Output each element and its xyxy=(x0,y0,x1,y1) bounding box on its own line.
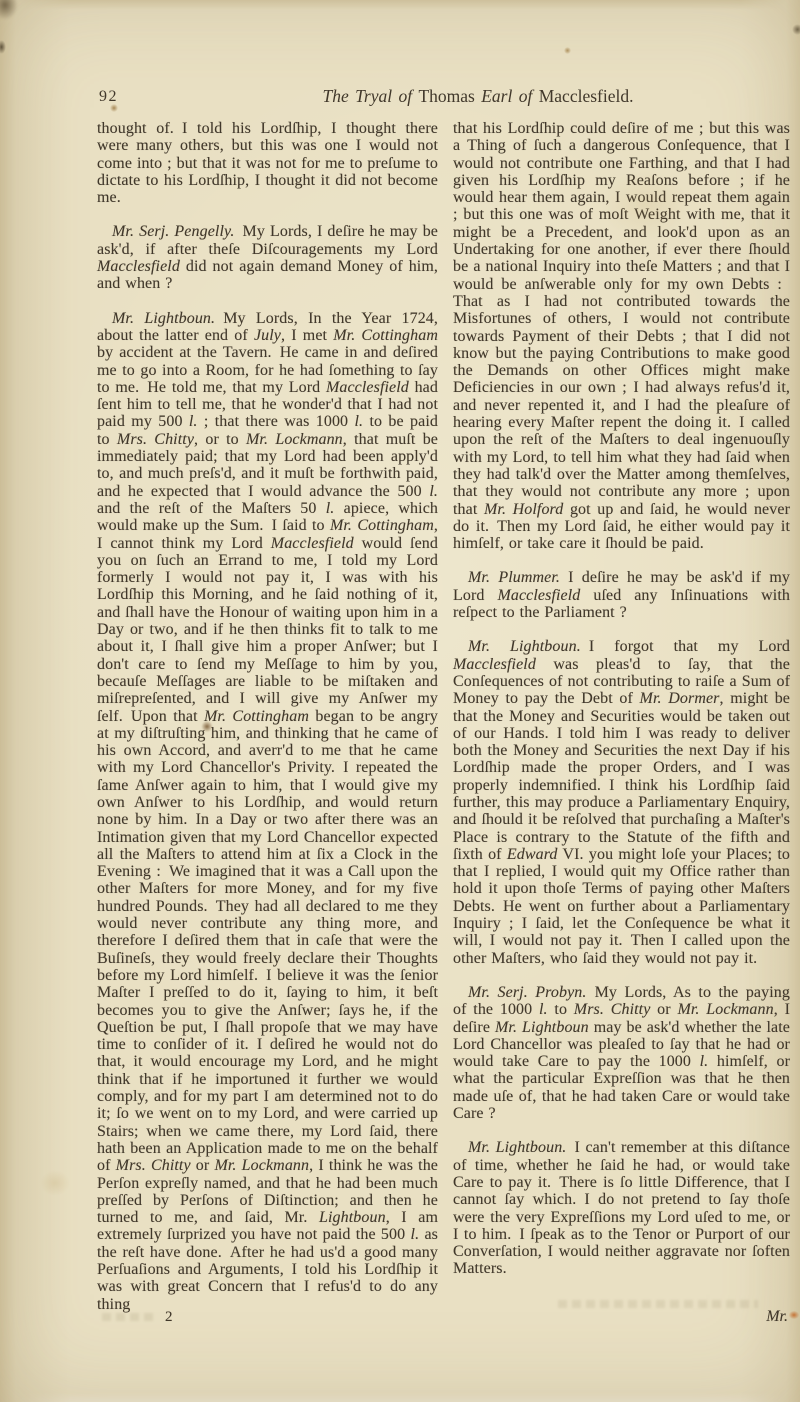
paragraph: Mr. Plummer. I deſire he may be ask'd if… xyxy=(453,569,790,621)
paragraph: that his Lordſhip could deſire of me ; b… xyxy=(453,120,790,552)
paragraph: Mr. Lightboun. My Lords, In the Year 172… xyxy=(97,310,438,1313)
paragraph: Mr. Lightboun. I forgot that my Lord Mac… xyxy=(453,638,790,967)
paper-stain xyxy=(789,1311,799,1319)
paragraph: thought of. I told his Lordſhip, I thoug… xyxy=(97,120,438,206)
page-number: 92 xyxy=(99,88,118,106)
paragraph: Mr. Serj. Pengelly. My Lords, I deſire h… xyxy=(97,223,438,292)
paper-stain xyxy=(0,0,18,20)
paragraph: Mr. Serj. Probyn. My Lords, As to the pa… xyxy=(453,984,790,1122)
book-page-scan: 92 The Tryal of Thomas Earl of Macclesfi… xyxy=(0,0,800,1402)
page-header: 92 The Tryal of Thomas Earl of Macclesfi… xyxy=(97,86,790,110)
column-right: that his Lordſhip could deſire of me ; b… xyxy=(453,120,790,1313)
paper-stain xyxy=(564,47,571,54)
column-left: thought of. I told his Lordſhip, I thoug… xyxy=(97,120,438,1313)
paper-stain xyxy=(40,1170,70,1196)
paper-stain xyxy=(792,24,800,35)
press-figure: 2 xyxy=(165,1309,173,1326)
text-block: thought of. I told his Lordſhip, I thoug… xyxy=(97,120,790,1313)
paragraph: Mr. Lightboun. I can't remember at this … xyxy=(453,1139,790,1277)
show-through-text xyxy=(102,1313,158,1321)
catchword: Mr. xyxy=(766,1308,788,1326)
running-title: The Tryal of Thomas Earl of Macclesfield… xyxy=(323,86,634,107)
paper-stain xyxy=(0,40,6,54)
